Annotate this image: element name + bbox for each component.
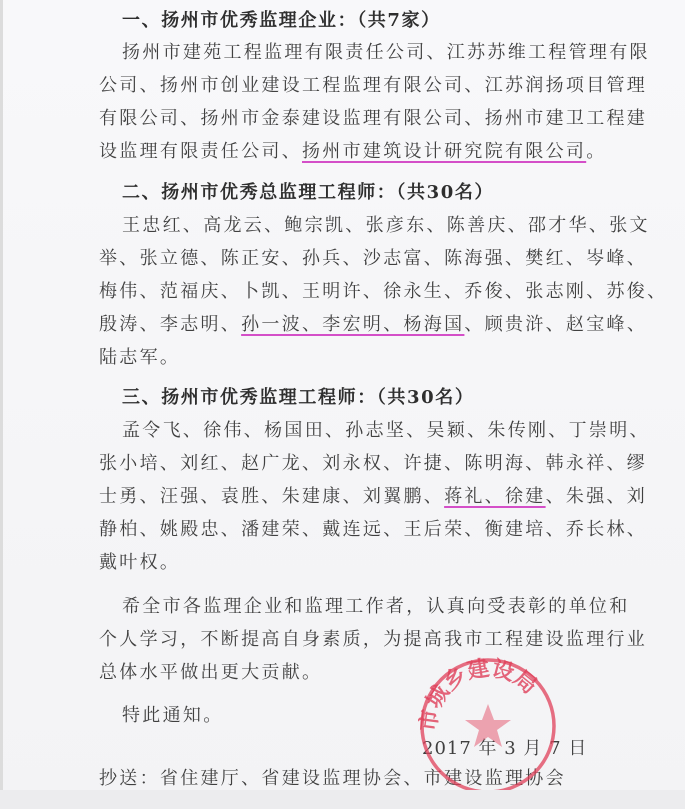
section2-line-4-prefix: 殷涛、李志明、 (99, 314, 241, 335)
section3-line-3-prefix: 士勇、汪强、袁胜、朱建康、刘翼鹏、 (99, 486, 444, 507)
section3-line-1: 孟令飞、徐伟、杨国田、孙志坚、吴颖、朱传刚、丁崇明、 (122, 420, 622, 442)
document-page: 一、扬州市优秀监理企业：（共7家） 扬州市建苑工程监理有限责任公司、江苏苏维工程… (0, 0, 685, 809)
closing-line-1: 希全市各监理企业和监理工作者，认真向受表彰的单位和 (122, 596, 622, 618)
highlighted-names: 孙一波、李宏明、杨海国 (241, 314, 464, 335)
section3-line-4: 静柏、姚殿忠、潘建荣、戴连远、王后荣、衡建培、乔长林、 (99, 519, 599, 541)
section1-line-4-prefix: 设监理有限责任公司、 (99, 141, 302, 162)
section2-line-1: 王忠红、高龙云、鲍宗凯、张彦东、陈善庆、邵才华、张文 (122, 215, 622, 237)
issue-date: 2017 年 3 月 7 日 (422, 738, 685, 760)
section3-line-2: 张小培、刘红、赵广龙、刘永权、许捷、陈明海、韩永祥、缪 (99, 453, 599, 475)
page-left-edge (0, 0, 3, 809)
closing-line-2: 个人学习，不断提高自身素质，为提高我市工程建设监理行业 (99, 629, 599, 651)
section3-line-3: 士勇、汪强、袁胜、朱建康、刘翼鹏、蒋礼、徐建、朱强、刘 (99, 486, 599, 508)
section3-heading: 三、扬州市优秀监理工程师：（共30名） (122, 387, 622, 409)
section1-line-4-suffix: 。 (586, 141, 606, 162)
section2-line-2: 举、张立德、陈正安、孙兵、沙志富、陈海强、樊红、岑峰、 (99, 248, 599, 270)
section2-heading: 二、扬州市优秀总监理工程师：（共30名） (122, 182, 622, 204)
section1-line-4: 设监理有限责任公司、扬州市建筑设计研究院有限公司。 (99, 141, 599, 163)
highlighted-names: 蒋礼、徐建 (444, 486, 546, 507)
section2-line-3: 梅伟、范福庆、卜凯、王明许、徐永生、乔俊、张志刚、苏俊、 (99, 281, 599, 303)
notice-text: 特此通知。 (122, 705, 622, 727)
cc-line: 抄送：省住建厅、省建设监理协会、市建设监理协会 (99, 768, 599, 790)
section2-line-4-suffix: 、顾贵浒、赵宝峰、 (464, 314, 647, 335)
section1-line-3: 有限公司、扬州市金泰建设监理有限公司、扬州市建卫工程建 (99, 108, 599, 130)
section1-line-1: 扬州市建苑工程监理有限责任公司、江苏苏维工程管理有限 (122, 42, 622, 64)
section3-line-3-suffix: 、朱强、刘 (546, 486, 648, 507)
highlighted-company: 扬州市建筑设计研究院有限公司 (302, 141, 586, 162)
page-bottom-edge (0, 790, 685, 809)
section2-line-5: 陆志军。 (99, 347, 599, 369)
section3-line-5: 戴叶权。 (99, 552, 599, 574)
closing-line-3: 总体水平做出更大贡献。 (99, 662, 599, 684)
section1-line-2: 公司、扬州市创业建设工程监理有限公司、江苏润扬项目管理 (99, 75, 599, 97)
section1-heading: 一、扬州市优秀监理企业：（共7家） (122, 10, 622, 32)
section2-line-4: 殷涛、李志明、孙一波、李宏明、杨海国、顾贵浒、赵宝峰、 (99, 314, 599, 336)
